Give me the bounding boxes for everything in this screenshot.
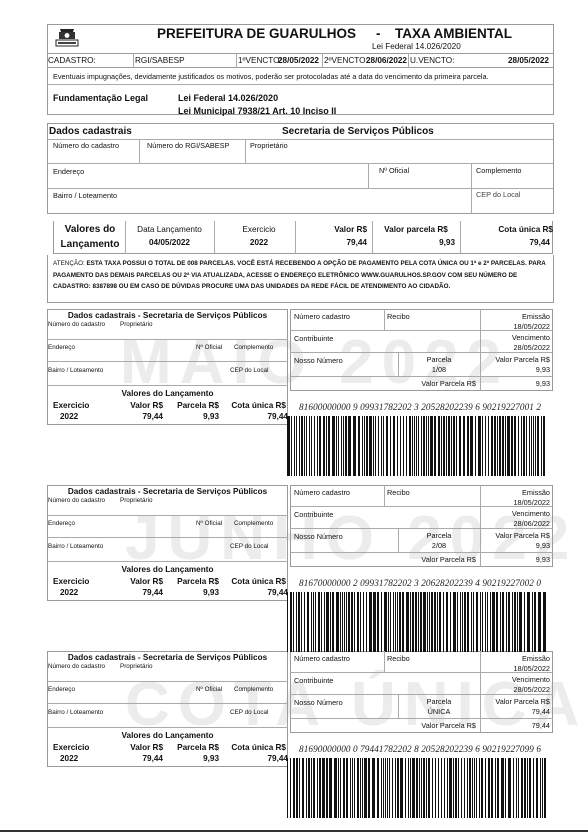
coupon-parcela-label: Parcela R$ bbox=[170, 402, 219, 410]
receipt-valor-parcela-value: 79,44 bbox=[480, 708, 550, 715]
exercicio-value: 2022 bbox=[214, 239, 304, 247]
divider bbox=[47, 515, 288, 516]
endereco-label: Endereço bbox=[53, 168, 84, 175]
coupon-exercicio-value: 2022 bbox=[60, 755, 78, 763]
dados-title: Dados cadastrais bbox=[49, 127, 132, 137]
divider bbox=[290, 552, 553, 553]
coupon-numero-cadastro-label: Número do cadastro bbox=[48, 664, 105, 670]
numero-rgi-label: Número do RGI/SABESP bbox=[147, 142, 229, 149]
coupon-parcela-label: Parcela R$ bbox=[170, 578, 219, 586]
coupon-valor-value: 79,44 bbox=[110, 755, 163, 763]
fundamentacao-label: Fundamentação Legal bbox=[53, 94, 148, 103]
coupon-exercicio-label: Exercicio bbox=[53, 744, 89, 752]
coupon-bairro-label: Bairro / Loteamento bbox=[48, 544, 103, 550]
divider bbox=[290, 376, 553, 377]
coupon-exercicio-label: Exercicio bbox=[53, 578, 89, 586]
divider bbox=[290, 330, 553, 331]
coupon-bairro-label: Bairro / Loteamento bbox=[48, 710, 103, 716]
uvenc-value: 28/05/2022 bbox=[508, 57, 549, 65]
receipt-vencimento-value: 28/06/2022 bbox=[480, 520, 550, 527]
header-title-separator: - bbox=[376, 27, 381, 41]
barcode-digits: 81600000000 9 09931782202 3 20528202239 … bbox=[299, 402, 541, 412]
coupon-n-oficial-label: Nº Oficial bbox=[196, 521, 222, 527]
receipt-vencimento-label: Vencimento bbox=[480, 510, 550, 517]
receipt-valor-parcela-total-value: 9,93 bbox=[480, 380, 550, 387]
coupon-exercicio-value: 2022 bbox=[60, 413, 78, 421]
coupon-exercicio-label: Exercicio bbox=[53, 402, 89, 410]
coupon-cota-value: 79,44 bbox=[222, 589, 288, 597]
receipt-nosso-numero-label: Nosso Número bbox=[294, 699, 343, 706]
proprietario-label: Proprietário bbox=[250, 142, 288, 149]
receipt-contribuinte-label: Contribuinte bbox=[294, 677, 333, 684]
receipt-valor-parcela-value: 9,93 bbox=[480, 542, 550, 549]
coupon-cota-label: Cota única R$ bbox=[222, 402, 286, 410]
barcode-icon bbox=[287, 416, 547, 476]
receipt-valor-parcela-total-label: Valor Parcela R$ bbox=[390, 722, 476, 729]
valores-title-1: Valores do bbox=[53, 225, 127, 235]
cota-unica-label: Cota única R$ bbox=[460, 226, 553, 234]
coupon-valor-value: 79,44 bbox=[110, 589, 163, 597]
uvenc-label: U.VENCTO: bbox=[410, 57, 454, 65]
receipt-valor-parcela-total-label: Valor Parcela R$ bbox=[390, 380, 476, 387]
valor-label: Valor R$ bbox=[295, 226, 367, 234]
receipt-vencimento-label: Vencimento bbox=[480, 334, 550, 341]
header-subtitle: Lei Federal 14.026/2020 bbox=[372, 43, 461, 51]
valores-title-2: Lançamento bbox=[53, 240, 127, 250]
divider bbox=[47, 385, 288, 386]
receipt-valor-parcela-label: Valor Parcela R$ bbox=[480, 698, 550, 705]
coupon-left-title: Dados cadastrais - Secretaria de Serviço… bbox=[47, 654, 288, 662]
divider bbox=[47, 537, 288, 538]
coupon-cep-label: CEP do Local bbox=[230, 544, 268, 550]
receipt-valor-parcela-label: Valor Parcela R$ bbox=[480, 532, 550, 539]
coupon-parcela-value: 9,93 bbox=[170, 413, 219, 421]
divider bbox=[290, 672, 553, 673]
receipt-numero-cadastro-label: Número cadastro bbox=[294, 313, 350, 320]
valor-value: 79,44 bbox=[295, 239, 367, 247]
coupon-valor-label: Valor R$ bbox=[110, 578, 163, 586]
coupon-valores-title: Valores do Lançamento bbox=[47, 390, 288, 398]
complemento-label: Complemento bbox=[476, 167, 521, 174]
coupon-cota-value: 79,44 bbox=[222, 755, 288, 763]
fundamentacao-law-2: Lei Municipal 7938/21 Art. 10 Inciso II bbox=[178, 107, 336, 116]
header-title-left: PREFEITURA DE GUARULHOS bbox=[157, 27, 356, 41]
divider bbox=[384, 485, 385, 506]
divider bbox=[384, 651, 385, 672]
coupon-complemento-label: Complemento bbox=[234, 345, 273, 351]
divider bbox=[290, 718, 553, 719]
barcode-icon bbox=[287, 758, 547, 818]
receipt-valor-parcela-total-label: Valor Parcela R$ bbox=[390, 556, 476, 563]
coupon-proprietario-label: Proprietário bbox=[120, 498, 153, 504]
divider bbox=[290, 694, 553, 695]
n-oficial-label: Nº Oficial bbox=[379, 167, 409, 174]
dados-secretaria: Secretaria de Serviços Públicos bbox=[282, 127, 434, 137]
receipt-contribuinte-label: Contribuinte bbox=[294, 511, 333, 518]
impugnacao-notice: Eventuais impugnações, devidamente justi… bbox=[53, 73, 489, 80]
cota-unica-value: 79,44 bbox=[460, 239, 550, 247]
receipt-recibo-label: Recibo bbox=[387, 655, 410, 662]
coupon-cota-value: 79,44 bbox=[222, 413, 288, 421]
receipt-valor-parcela-value: 9,93 bbox=[480, 366, 550, 373]
receipt-emissao-label: Emissão bbox=[480, 313, 550, 320]
receipt-numero-cadastro-label: Número cadastro bbox=[294, 489, 350, 496]
receipt-parcela-label: Parcela bbox=[398, 532, 480, 539]
divider bbox=[290, 528, 553, 529]
coupon-valores-title: Valores do Lançamento bbox=[47, 732, 288, 740]
coupon-valor-value: 79,44 bbox=[110, 413, 163, 421]
coupon-exercicio-value: 2022 bbox=[60, 589, 78, 597]
barcode-icon bbox=[287, 592, 547, 652]
cep-label: CEP do Local bbox=[476, 191, 521, 198]
venc2-value: 28/06/2022 bbox=[366, 57, 407, 65]
header-title-right: TAXA AMBIENTAL bbox=[395, 27, 512, 41]
coupon-n-oficial-label: Nº Oficial bbox=[196, 345, 222, 351]
coupon-cota-label: Cota única R$ bbox=[222, 744, 286, 752]
coupon-parcela-value: 9,93 bbox=[170, 589, 219, 597]
receipt-parcela-label: Parcela bbox=[398, 356, 480, 363]
receipt-vencimento-value: 28/05/2022 bbox=[480, 686, 550, 693]
receipt-recibo-label: Recibo bbox=[387, 313, 410, 320]
atencao-body: ESTA TAXA POSSUI O TOTAL DE 008 PARCELAS… bbox=[53, 260, 546, 290]
venc1-label: 1ºVENCTO: bbox=[238, 57, 282, 65]
coupon-endereco-label: Endereço bbox=[48, 345, 75, 351]
data-lancamento-label: Data Lançamento bbox=[125, 226, 214, 234]
coupon-left-title: Dados cadastrais - Secretaria de Serviço… bbox=[47, 488, 288, 496]
divider bbox=[290, 506, 553, 507]
coupon-endereco-label: Endereço bbox=[48, 687, 75, 693]
barcode-digits: 81690000000 0 79441782202 8 20528202239 … bbox=[299, 744, 541, 754]
receipt-emissao-label: Emissão bbox=[480, 489, 550, 496]
receipt-vencimento-value: 28/05/2022 bbox=[480, 344, 550, 351]
atencao-prefix: ATENÇÃO: bbox=[53, 260, 85, 267]
coat-of-arms-icon bbox=[54, 27, 80, 49]
receipt-valor-parcela-total-value: 79,44 bbox=[480, 722, 550, 729]
coupon-cep-label: CEP do Local bbox=[230, 368, 268, 374]
coupon-complemento-label: Complemento bbox=[234, 521, 273, 527]
coupon-n-oficial-label: Nº Oficial bbox=[196, 687, 222, 693]
coupon-valores-title: Valores do Lançamento bbox=[47, 566, 288, 574]
coupon-parcela-value: 9,93 bbox=[170, 755, 219, 763]
venc2-label: 2ºVENCTO: bbox=[324, 57, 368, 65]
divider bbox=[384, 309, 385, 330]
bairro-label: Bairro / Loteamento bbox=[53, 192, 117, 199]
divider bbox=[47, 561, 288, 562]
coupon-proprietario-label: Proprietário bbox=[120, 664, 153, 670]
coupon-parcela-label: Parcela R$ bbox=[170, 744, 219, 752]
atencao-text: ATENÇÃO: ESTA TAXA POSSUI O TOTAL DE 008… bbox=[53, 258, 553, 293]
divider bbox=[47, 361, 288, 362]
receipt-valor-parcela-label: Valor Parcela R$ bbox=[480, 356, 550, 363]
coupon-endereco-label: Endereço bbox=[48, 521, 75, 527]
coupon-cep-label: CEP do Local bbox=[230, 710, 268, 716]
receipt-parcela-value: ÚNICA bbox=[398, 708, 480, 715]
coupon-complemento-label: Complemento bbox=[234, 687, 273, 693]
receipt-numero-cadastro-label: Número cadastro bbox=[294, 655, 350, 662]
receipt-emissao-label: Emissão bbox=[480, 655, 550, 662]
receipt-vencimento-label: Vencimento bbox=[480, 676, 550, 683]
fundamentacao-law-1: Lei Federal 14.026/2020 bbox=[178, 94, 278, 103]
cadastro-label: CADASTRO: bbox=[48, 57, 96, 65]
valor-parcela-label: Valor parcela R$ bbox=[372, 226, 460, 234]
coupon-bairro-label: Bairro / Loteamento bbox=[48, 368, 103, 374]
divider bbox=[290, 352, 553, 353]
divider bbox=[47, 681, 288, 682]
receipt-valor-parcela-total-value: 9,93 bbox=[480, 556, 550, 563]
barcode-digits: 81670000000 2 09931782202 3 20628202239 … bbox=[299, 578, 541, 588]
valor-parcela-value: 9,93 bbox=[372, 239, 455, 247]
receipt-nosso-numero-label: Nosso Número bbox=[294, 357, 343, 364]
receipt-parcela-value: 1/08 bbox=[398, 366, 480, 373]
divider bbox=[47, 703, 288, 704]
receipt-contribuinte-label: Contribuinte bbox=[294, 335, 333, 342]
divider bbox=[47, 727, 288, 728]
coupon-cota-label: Cota única R$ bbox=[222, 578, 286, 586]
numero-cadastro-label: Número do cadastro bbox=[53, 142, 119, 149]
venc1-value: 28/05/2022 bbox=[278, 57, 319, 65]
divider bbox=[47, 339, 288, 340]
receipt-parcela-value: 2/08 bbox=[398, 542, 480, 549]
coupon-valor-label: Valor R$ bbox=[110, 402, 163, 410]
coupon-valor-label: Valor R$ bbox=[110, 744, 163, 752]
receipt-nosso-numero-label: Nosso Número bbox=[294, 533, 343, 540]
exercicio-label: Exercicio bbox=[214, 226, 304, 234]
data-lancamento-value: 04/05/2022 bbox=[125, 239, 214, 247]
receipt-recibo-label: Recibo bbox=[387, 489, 410, 496]
coupon-proprietario-label: Proprietário bbox=[120, 322, 153, 328]
coupon-left-title: Dados cadastrais - Secretaria de Serviço… bbox=[47, 312, 288, 320]
coupon-numero-cadastro-label: Número do cadastro bbox=[48, 322, 105, 328]
receipt-parcela-label: Parcela bbox=[398, 698, 480, 705]
coupon-numero-cadastro-label: Número do cadastro bbox=[48, 498, 105, 504]
rgi-label: RGI/SABESP bbox=[135, 57, 185, 65]
